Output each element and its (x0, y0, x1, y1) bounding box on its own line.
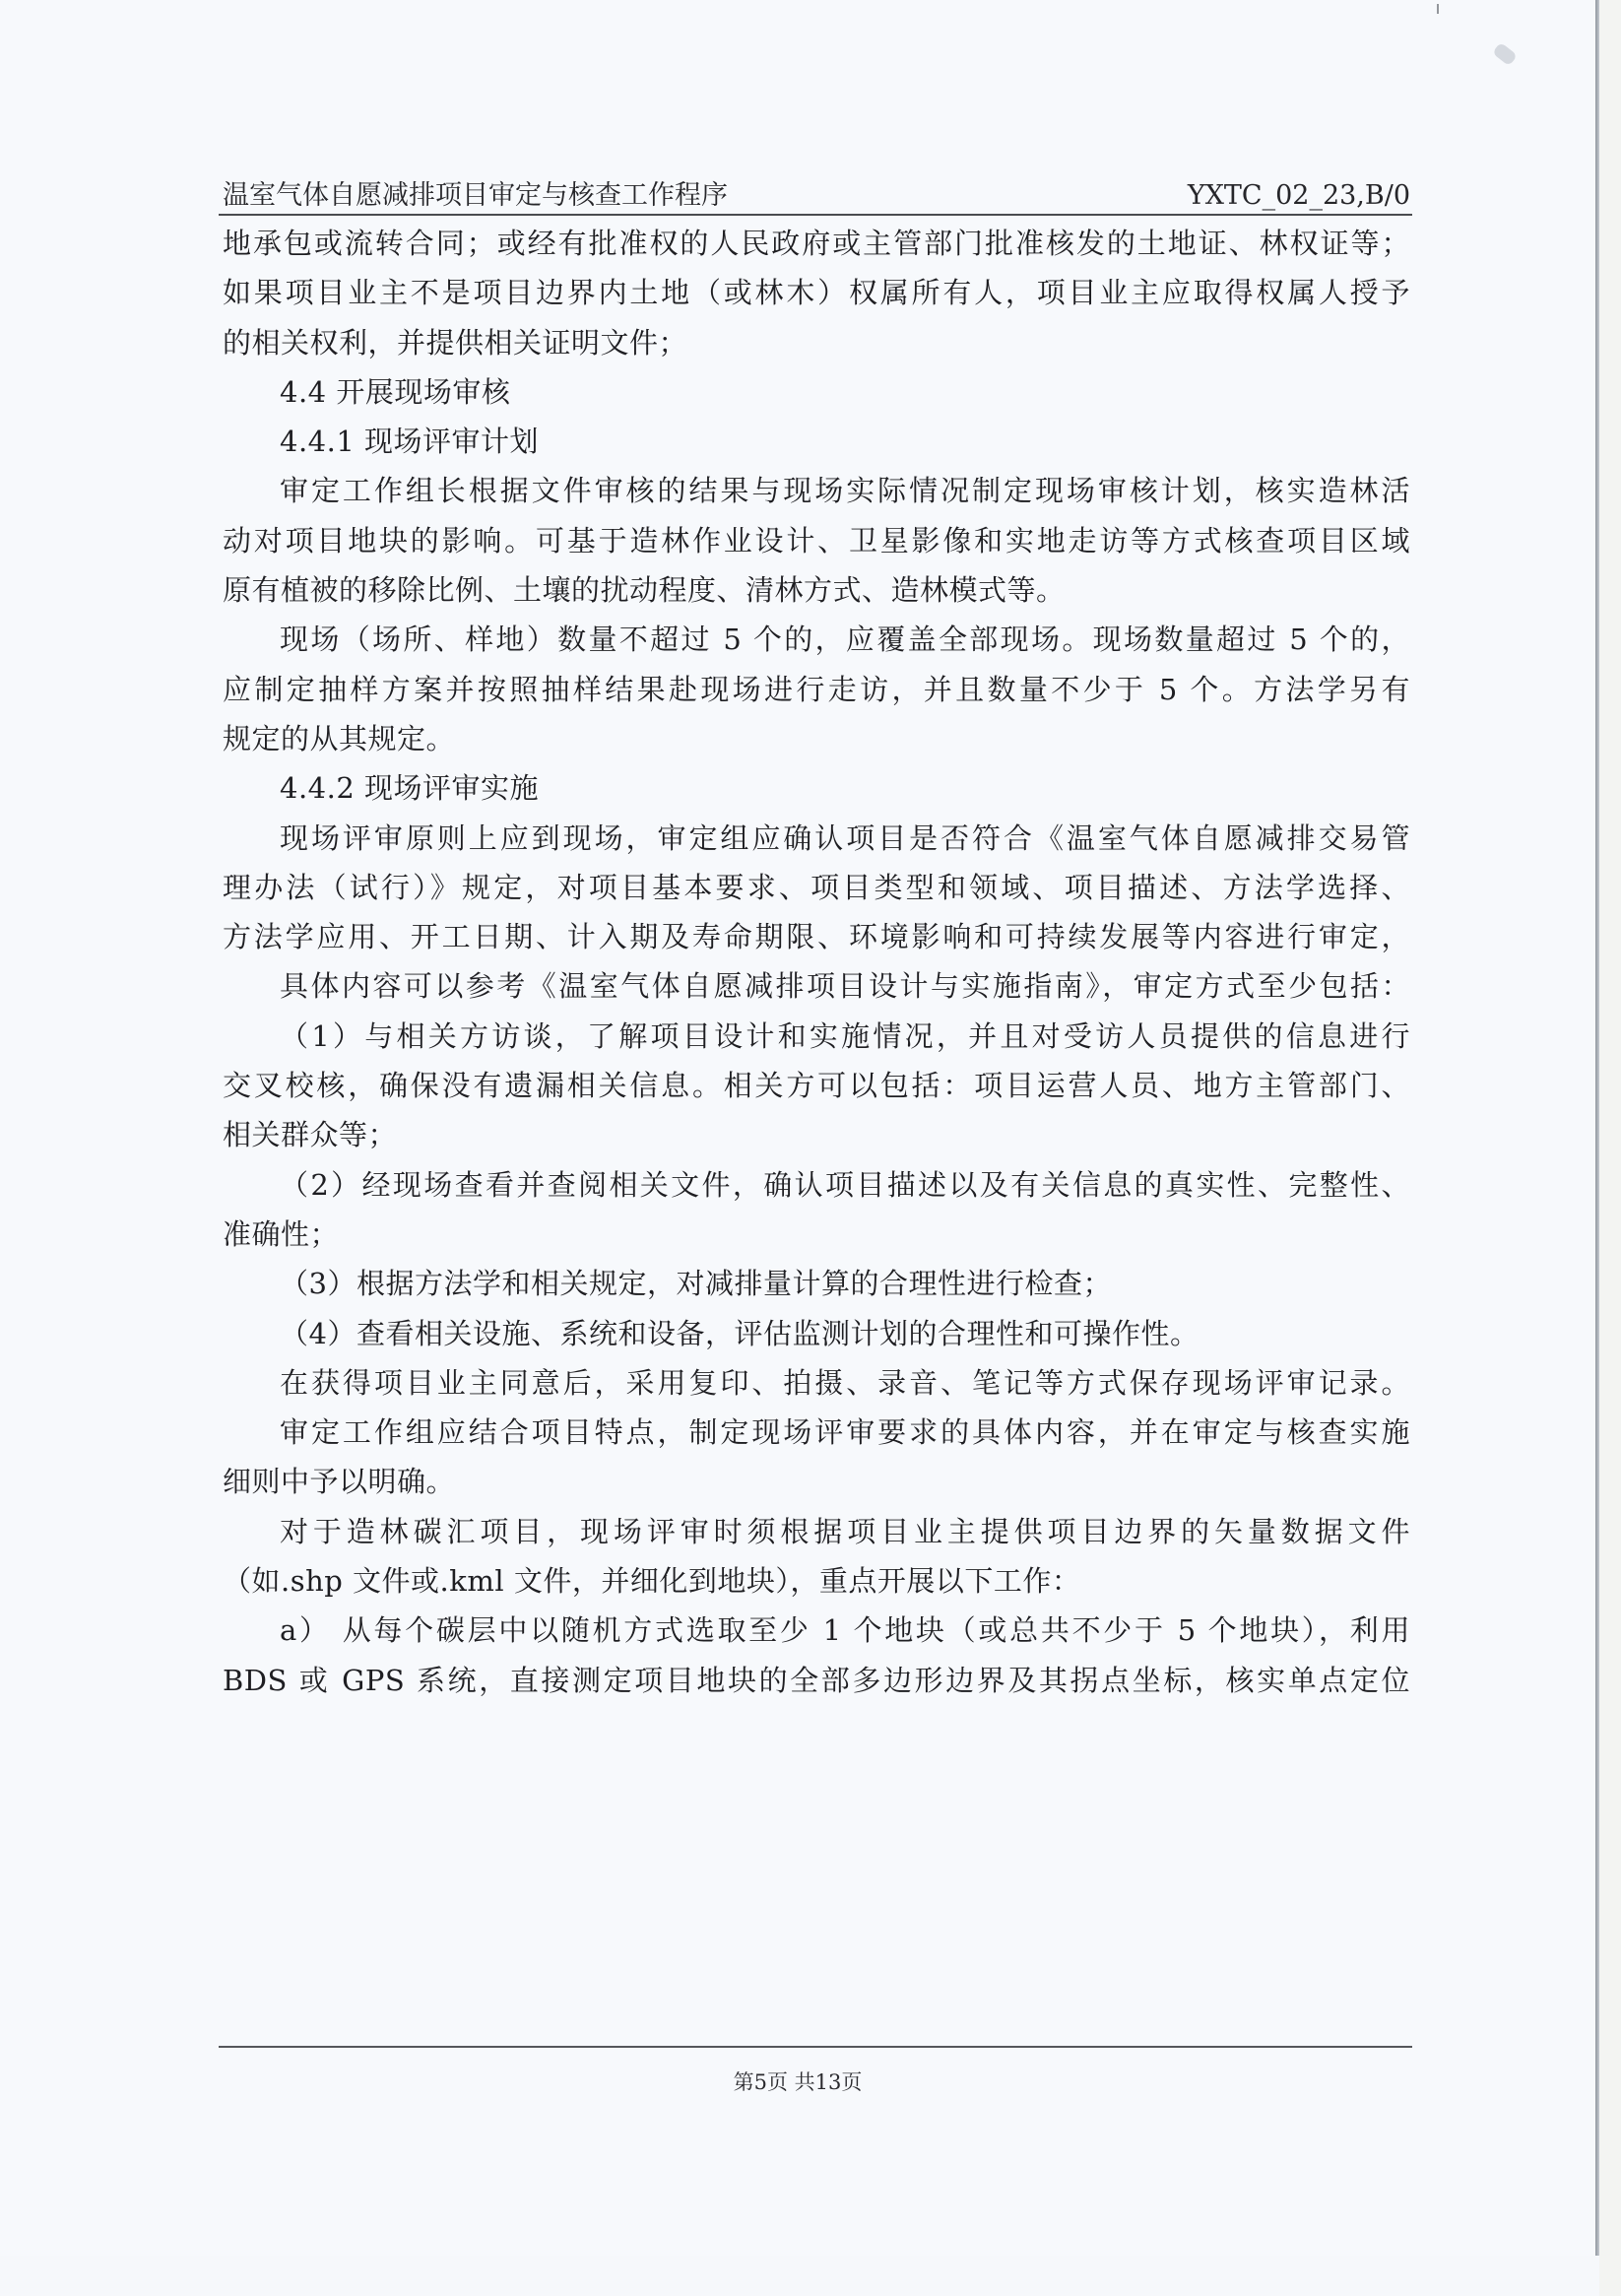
paragraph-line: （3）根据方法学和相关规定，对减排量计算的合理性进行检查； (223, 1259, 1410, 1308)
page-header: 温室气体自愿减排项目审定与核查工作程序 YXTC_02_23,B/0 (223, 173, 1410, 213)
paragraph-line: 的相关权利，并提供相关证明文件； (223, 318, 1410, 367)
paragraph-line: 方法学应用、开工日期、计入期及寿命期限、环境影响和可持续发展等内容进行审定， (223, 912, 1410, 961)
footer-divider (219, 2046, 1412, 2048)
scan-margin (1599, 0, 1621, 2296)
paragraph-line: 如果项目业主不是项目边界内土地（或林木）权属所有人，项目业主应取得权属人授予 (223, 268, 1410, 317)
header-divider (219, 214, 1412, 216)
paragraph-line: 准确性； (223, 1210, 1410, 1259)
paragraph-line: 现场评审原则上应到现场，审定组应确认项目是否符合《温室气体自愿减排交易管 (223, 814, 1410, 863)
document-title: 温室气体自愿减排项目审定与核查工作程序 (223, 179, 728, 213)
document-code: YXTC_02_23,B/0 (1188, 179, 1410, 213)
page-number: 第5页 共13页 (734, 2070, 863, 2094)
paragraph-line: 细则中予以明确。 (223, 1457, 1410, 1506)
paragraph-line: 具体内容可以参考《温室气体自愿减排项目设计与实施指南》，审定方式至少包括： (223, 961, 1410, 1011)
paragraph-line: （1）与相关方访谈，了解项目设计和实施情况，并且对受访人员提供的信息进行 (223, 1012, 1410, 1061)
paragraph-line: 审定工作组应结合项目特点，制定现场评审要求的具体内容，并在审定与核查实施 (223, 1408, 1410, 1457)
paragraph-line: （4）查看相关设施、系统和设备，评估监测计划的合理性和可操作性。 (223, 1309, 1410, 1358)
paragraph-line: （2）经现场查看并查阅相关文件，确认项目描述以及有关信息的真实性、完整性、 (223, 1160, 1410, 1210)
paragraph-line: 应制定抽样方案并按照抽样结果赴现场进行走访，并且数量不少于 5 个。方法学另有 (223, 665, 1410, 714)
section-heading: 4.4.1 现场评审计划 (223, 417, 1410, 466)
paragraph-line: BDS 或 GPS 系统，直接测定项目地块的全部多边形边界及其拐点坐标，核实单点… (223, 1656, 1410, 1705)
paragraph-line: 理办法（试行）》规定，对项目基本要求、项目类型和领域、项目描述、方法学选择、 (223, 863, 1410, 912)
paragraph-line: 地承包或流转合同；或经有批准权的人民政府或主管部门批准核发的土地证、林权证等； (223, 219, 1410, 268)
document-body: 地承包或流转合同；或经有批准权的人民政府或主管部门批准核发的土地证、林权证等；如… (223, 219, 1410, 1705)
paragraph-line: 在获得项目业主同意后，采用复印、拍摄、录音、笔记等方式保存现场评审记录。 (223, 1358, 1410, 1408)
paragraph-line: 对于造林碳汇项目，现场评审时须根据项目业主提供项目边界的矢量数据文件 (223, 1507, 1410, 1556)
paragraph-line: a） 从每个碳层中以随机方式选取至少 1 个地块（或总共不少于 5 个地块），利… (223, 1606, 1410, 1655)
paragraph-line: 动对项目地块的影响。可基于造林作业设计、卫星影像和实地走访等方式核查项目区域 (223, 516, 1410, 565)
section-heading: 4.4 开展现场审核 (223, 367, 1410, 417)
paragraph-line: 审定工作组长根据文件审核的结果与现场实际情况制定现场审核计划，核实造林活 (223, 466, 1410, 515)
paragraph-line: 现场（场所、样地）数量不超过 5 个的，应覆盖全部现场。现场数量超过 5 个的， (223, 615, 1410, 664)
paragraph-line: 相关群众等； (223, 1110, 1410, 1159)
paragraph-line: （如.shp 文件或.kml 文件，并细化到地块），重点开展以下工作： (223, 1556, 1410, 1606)
paragraph-line: 交叉校核，确保没有遗漏相关信息。相关方可以包括：项目运营人员、地方主管部门、 (223, 1061, 1410, 1110)
paragraph-line: 原有植被的移除比例、土壤的扰动程度、清林方式、造林模式等。 (223, 565, 1410, 615)
section-heading: 4.4.2 现场评审实施 (223, 763, 1410, 813)
scan-tick-mark (1437, 4, 1439, 14)
paragraph-line: 规定的从其规定。 (223, 714, 1410, 763)
page-footer: 第5页 共13页 (0, 2066, 1595, 2096)
